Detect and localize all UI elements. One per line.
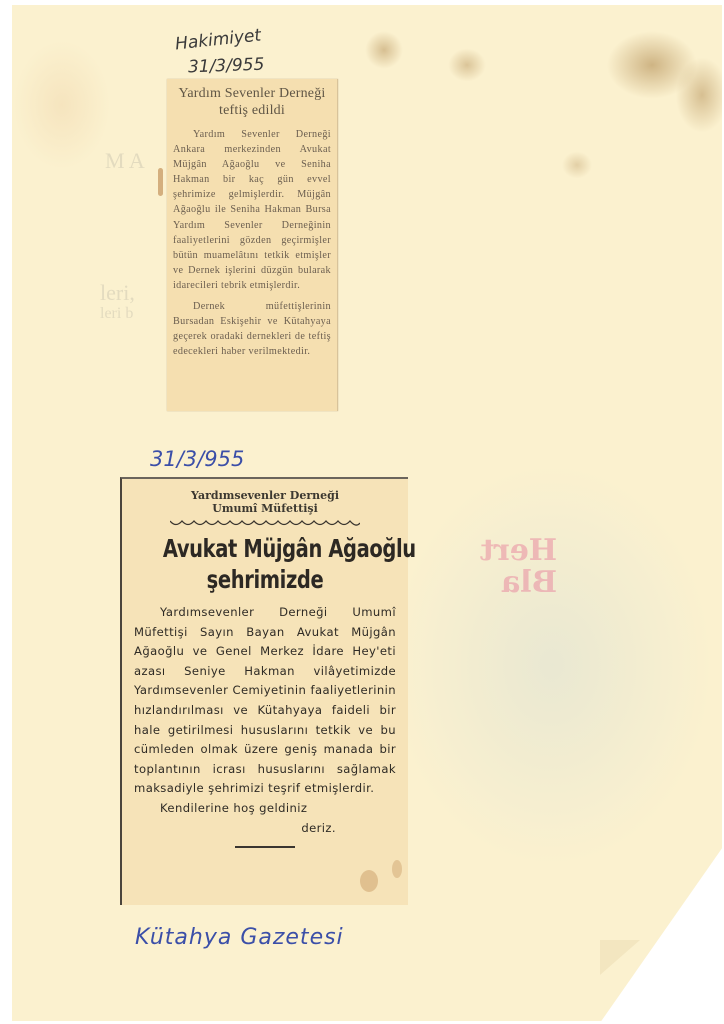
paragraph: Yardım Sevenler Derneği Ankara merkezind…: [173, 127, 331, 293]
clipping-2-kicker: Yardımsevenler Derneği Umumî Müfettişi: [134, 489, 396, 515]
ghost-text-3: leri b: [100, 305, 133, 323]
handwritten-source-bottom: Kütahya Gazetesi: [135, 925, 344, 950]
ghost-red-line-2: Bla: [480, 567, 557, 599]
clipping-kutahya: Yardımsevenler Derneği Umumî Müfettişi A…: [120, 477, 408, 905]
stain-mark: [360, 870, 378, 892]
end-rule: [235, 846, 295, 848]
handwritten-date-middle: 31/3/955: [150, 447, 244, 471]
wavy-divider: [170, 519, 360, 527]
ghost-red-print: Hert Bla: [480, 535, 557, 599]
ghost-text-1: M A: [105, 148, 145, 174]
paragraph: Dernek müfettişlerinin Bursadan Eskişehi…: [173, 299, 331, 359]
closing-line: Kendilerine hoş geldiniz: [134, 799, 396, 819]
kicker-line: Yardımsevenler Derneği: [134, 489, 396, 502]
stain-mark: [392, 860, 402, 878]
clipping-1-body: Yardım Sevenler Derneği Ankara merkezind…: [173, 127, 331, 359]
clipping-2-headline: Avukat Müjgân Ağaoğlu: [163, 533, 367, 564]
ghost-text-2: leri,: [100, 280, 135, 306]
clipping-2-headline-line-2: şehrimizde: [163, 564, 367, 595]
kicker-line: Umumî Müfettişi: [134, 502, 396, 515]
clipping-1-headline: Yardım Sevenler Derneği teftiş edildi: [173, 85, 331, 119]
clipping-hakimiyet: Yardım Sevenler Derneği teftiş edildi Ya…: [167, 79, 338, 411]
paragraph: Yardımsevenler Derneği Umumî Müfettişi S…: [134, 603, 396, 799]
closing-end: deriz.: [134, 819, 396, 839]
headline-line: Yardım Sevenler Derneği: [173, 85, 331, 102]
stain-mark: [158, 168, 163, 196]
clipping-2-body: Yardımsevenler Derneği Umumî Müfettişi S…: [134, 603, 396, 838]
handwritten-date-top: 31/3/955: [188, 55, 265, 78]
headline-line: teftiş edildi: [173, 102, 331, 119]
ghost-red-line-1: Hert: [480, 535, 557, 567]
